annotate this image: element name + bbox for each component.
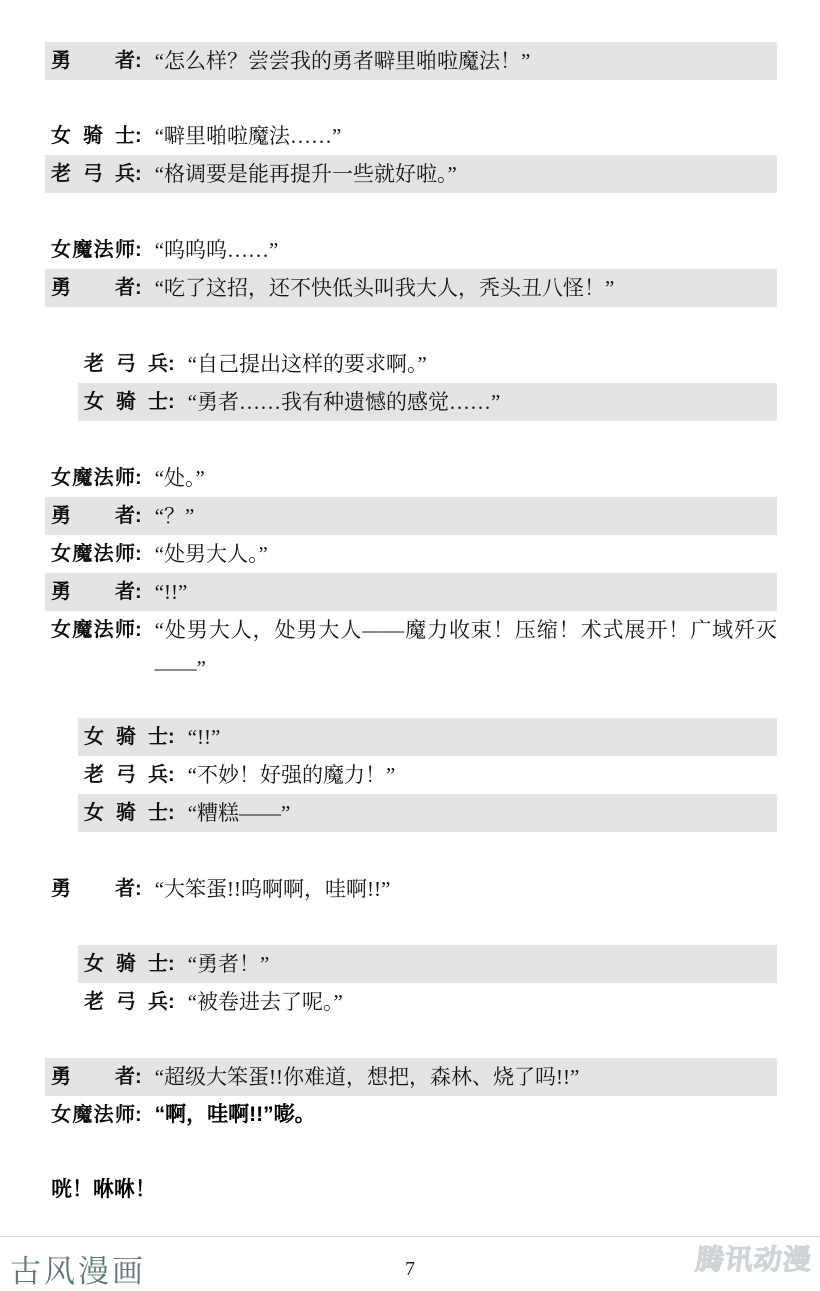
speaker-colon: : [135,42,142,80]
dialogue-list: 勇者:“怎么样？尝尝我的勇者噼里啪啦魔法！”女骑士:“噼里啪啦魔法……”老弓兵:… [0,42,820,1134]
speaker-name: 勇者 [51,573,135,611]
dialogue-text: “啊，哇啊!!”嘭。 [142,1096,777,1134]
dialogue-text: “？” [142,497,777,535]
speaker-name: 老弓兵 [84,345,168,383]
dialogue-text: “处男大人，处男大人——魔力收束！压缩！术式展开！广域歼灭——” [142,611,777,687]
dialogue-text: “格调要是能再提升一些就好啦。” [142,155,777,193]
dialogue-text: “勇者！” [175,945,777,983]
dialogue-text: “勇者……我有种遗憾的感觉……” [175,383,777,421]
speaker-colon: : [135,870,142,908]
dialogue-text: “噼里啪啦魔法……” [142,117,777,155]
speaker-name: 勇者 [51,1058,135,1096]
dialogue-row: 勇者:“超级大笨蛋!!你难道，想把，森林、烧了吗!!” [45,1058,777,1096]
dialogue-text: “处。” [142,459,777,497]
dialogue-row: 女骑士:“糟糕——” [78,794,777,832]
speaker-name: 女骑士 [51,117,135,155]
dialogue-text: “!!” [142,573,777,611]
script-page: 勇者:“怎么样？尝尝我的勇者噼里啪啦魔法！”女骑士:“噼里啪啦魔法……”老弓兵:… [0,0,820,1291]
speaker-colon: : [135,117,142,155]
speaker-colon: : [135,155,142,193]
speaker-name: 勇者 [51,870,135,908]
dialogue-row: 女骑士:“勇者！” [78,945,777,983]
dialogue-row: 老弓兵:“格调要是能再提升一些就好啦。” [45,155,777,193]
speaker-name: 女魔法师 [51,535,135,573]
speaker-name: 勇者 [51,497,135,535]
dialogue-text: “被卷进去了呢。” [175,983,777,1021]
dialogue-text: “呜呜呜……” [142,231,777,269]
dialogue-row: 女魔法师:“处男大人，处男大人——魔力收束！压缩！术式展开！广域歼灭——” [45,611,777,687]
dialogue-row: 老弓兵:“不妙！好强的魔力！” [78,756,777,794]
speaker-colon: : [135,1058,142,1096]
speaker-colon: : [135,573,142,611]
speaker-colon: : [135,497,142,535]
speaker-colon: : [135,269,142,307]
speaker-colon: : [135,459,142,497]
dialogue-text: “糟糕——” [175,794,777,832]
dialogue-row: 女魔法师:“处。” [45,459,777,497]
speaker-name: 女魔法师 [51,459,135,497]
dialogue-row: 女骑士:“勇者……我有种遗憾的感觉……” [78,383,777,421]
sound-effect-line: 咣！咻咻！ [51,1175,777,1205]
speaker-colon: : [168,756,175,794]
dialogue-row: 女魔法师:“啊，哇啊!!”嘭。 [45,1096,777,1134]
speaker-colon: : [135,535,142,573]
speaker-name: 老弓兵 [84,983,168,1021]
speaker-name: 女魔法师 [51,1096,135,1134]
watermark-logo: 腾讯动漫 [694,1238,814,1278]
dialogue-text: “!!” [175,718,777,756]
speaker-name: 女魔法师 [51,231,135,269]
speaker-colon: : [168,945,175,983]
speaker-colon: : [168,983,175,1021]
speaker-colon: : [135,611,142,649]
dialogue-row: 勇者:“吃了这招，还不快低头叫我大人，秃头丑八怪！” [45,269,777,307]
dialogue-text: “超级大笨蛋!!你难道，想把，森林、烧了吗!!” [142,1058,777,1096]
speaker-name: 女魔法师 [51,611,135,649]
dialogue-row: 勇者:“大笨蛋!!呜啊啊，哇啊!!” [45,870,777,908]
dialogue-row: 勇者:“？” [45,497,777,535]
dialogue-row: 勇者:“怎么样？尝尝我的勇者噼里啪啦魔法！” [45,42,777,80]
speaker-colon: : [168,345,175,383]
dialogue-text: “怎么样？尝尝我的勇者噼里啪啦魔法！” [142,42,777,80]
dialogue-text: “吃了这招，还不快低头叫我大人，秃头丑八怪！” [142,269,777,307]
dialogue-row: 老弓兵:“被卷进去了呢。” [78,983,777,1021]
speaker-name: 女骑士 [84,718,168,756]
dialogue-text: “自己提出这样的要求啊。” [175,345,777,383]
dialogue-row: 勇者:“!!” [45,573,777,611]
speaker-name: 女骑士 [84,945,168,983]
dialogue-row: 女魔法师:“呜呜呜……” [45,231,777,269]
dialogue-text: “大笨蛋!!呜啊啊，哇啊!!” [142,870,777,908]
speaker-name: 勇者 [51,42,135,80]
speaker-colon: : [135,231,142,269]
speaker-colon: : [135,1096,142,1134]
speaker-colon: : [168,383,175,421]
speaker-name: 女骑士 [84,383,168,421]
speaker-name: 老弓兵 [51,155,135,193]
dialogue-row: 女魔法师:“处男大人。” [45,535,777,573]
speaker-name: 勇者 [51,269,135,307]
dialogue-row: 老弓兵:“自己提出这样的要求啊。” [78,345,777,383]
footer-divider [0,1236,820,1237]
speaker-colon: : [168,794,175,832]
dialogue-row: 女骑士:“!!” [78,718,777,756]
speaker-colon: : [168,718,175,756]
dialogue-text: “处男大人。” [142,535,777,573]
speaker-name: 老弓兵 [84,756,168,794]
speaker-name: 女骑士 [84,794,168,832]
dialogue-text: “不妙！好强的魔力！” [175,756,777,794]
dialogue-row: 女骑士:“噼里啪啦魔法……” [45,117,777,155]
